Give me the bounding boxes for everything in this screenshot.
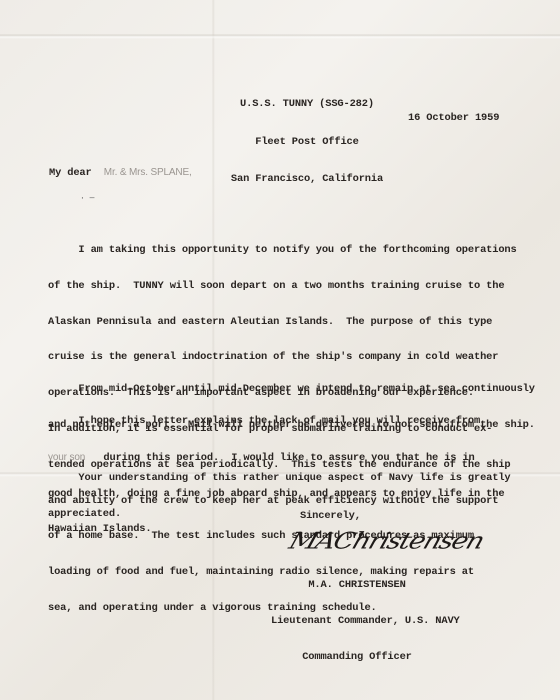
salutation: My dear Mr. & Mrs. SPLANE, (49, 167, 192, 179)
stray-mark: · — (80, 194, 94, 203)
closing: Sincerely, (300, 510, 361, 522)
salutation-recipient: Mr. & Mrs. SPLANE, (104, 167, 192, 178)
letter-date: 16 October 1959 (408, 112, 499, 124)
signature-block: M.A. CHRISTENSEN Lieutenant Commander, U… (277, 555, 437, 687)
text-line: of the ship. TUNNY will soon depart on a… (48, 281, 517, 293)
signer-position: Commanding Officer (277, 651, 437, 663)
signer-name: M.A. CHRISTENSEN (277, 579, 437, 591)
text-line: appreciated. (48, 509, 511, 521)
salutation-prefix: My dear (49, 167, 92, 179)
letterhead-ship: U.S.S. TUNNY (SSG-282) (212, 98, 402, 112)
text-line: Alaskan Pennisula and eastern Aleutian I… (48, 317, 517, 329)
handwritten-signature: MAChristensen (286, 528, 487, 554)
letterhead-post-office: Fleet Post Office (212, 136, 402, 150)
letter-page: U.S.S. TUNNY (SSG-282) Fleet Post Office… (0, 0, 560, 700)
signer-rank: Lieutenant Commander, U.S. NAVY (271, 615, 437, 627)
text-line: I am taking this opportunity to notify y… (48, 245, 517, 257)
text-line: Your understanding of this rather unique… (48, 473, 511, 485)
text-line: I hope this letter explains the lack of … (48, 416, 504, 428)
letterhead-city: San Francisco, California (212, 173, 402, 187)
letterhead: U.S.S. TUNNY (SSG-282) Fleet Post Office… (212, 74, 402, 211)
